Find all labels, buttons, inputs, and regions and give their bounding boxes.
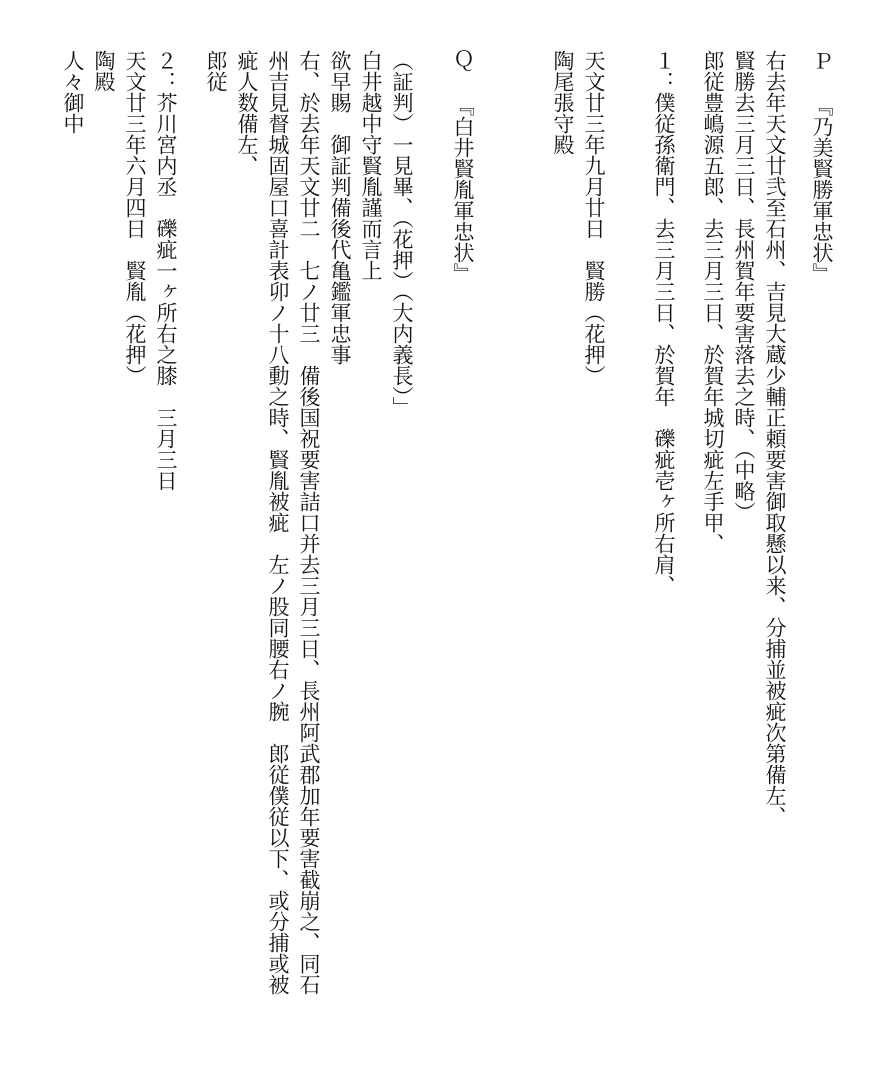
text-line: ２：芥川宮内丞 礫疵一ヶ所右之膝 三月三日	[150, 50, 181, 1069]
text-line: 賢勝去三月三日、長州賀年要害落去之時、（中略）	[728, 50, 759, 1069]
text-line: 郎従	[200, 50, 231, 1069]
section-p-title: 『乃美賢勝軍忠状』	[810, 95, 834, 284]
text-line: 疵人数備左、	[231, 50, 262, 1069]
text-line: １：僕従孫衛門、去三月三日、於賀年 礫疵壱ヶ所右肩、	[648, 50, 679, 1069]
addressee-line: 人々御中	[57, 50, 88, 1069]
text-line: 郎従豊嶋源五郎、去三月三日、於賀年城切疵左手甲、	[697, 50, 728, 1069]
text-line: 白井越中守賢胤謹而言上	[355, 50, 386, 1069]
date-signature-line: 天文廿三年六月四日 賢胤（花押）	[119, 50, 150, 1069]
section-q-title: 『白井賢胤軍忠状』	[451, 95, 475, 284]
section-p-label: Ｐ	[810, 50, 834, 71]
addressee-line: 陶殿	[88, 50, 119, 1069]
section-q-heading: Ｑ『白井賢胤軍忠状』	[447, 50, 478, 1069]
text-line: 右、於去年天文廿二 七ノ廿三 備後国祝要害詰口并去三月三日、長州阿武郡加年要害截…	[293, 50, 324, 1069]
addressee-line: 陶尾張守殿	[547, 50, 578, 1069]
text-line: 右去年天文廿弐至石州、吉見大蔵少輔正頼要害御取懸以来、分捕並被疵次第備左、	[759, 50, 790, 1069]
text-line: 州吉見督城固屋口喜計表卯ノ十八動之時、賢胤被疵 左ノ股同腰右ノ腕 郎従僕従以下、…	[262, 50, 293, 1069]
document-page: Ｐ『乃美賢勝軍忠状』 右去年天文廿弐至石州、吉見大蔵少輔正頼要害御取懸以来、分捕…	[0, 0, 889, 1089]
date-signature-line: 天文廿三年九月廿日 賢勝（花押）	[578, 50, 609, 1069]
text-line: 欲早賜 御証判備後代亀鑑軍忠事	[324, 50, 355, 1069]
section-p-heading: Ｐ『乃美賢勝軍忠状』	[806, 50, 837, 1069]
certification-line: （証判）一見畢、（花押）（大内義長）」	[386, 50, 417, 1069]
section-p: Ｐ『乃美賢勝軍忠状』 右去年天文廿弐至石州、吉見大蔵少輔正頼要害御取懸以来、分捕…	[547, 50, 837, 1069]
section-q: Ｑ『白井賢胤軍忠状』 （証判）一見畢、（花押）（大内義長）」 白井越中守賢胤謹而…	[57, 50, 478, 1069]
section-q-label: Ｑ	[451, 50, 475, 71]
